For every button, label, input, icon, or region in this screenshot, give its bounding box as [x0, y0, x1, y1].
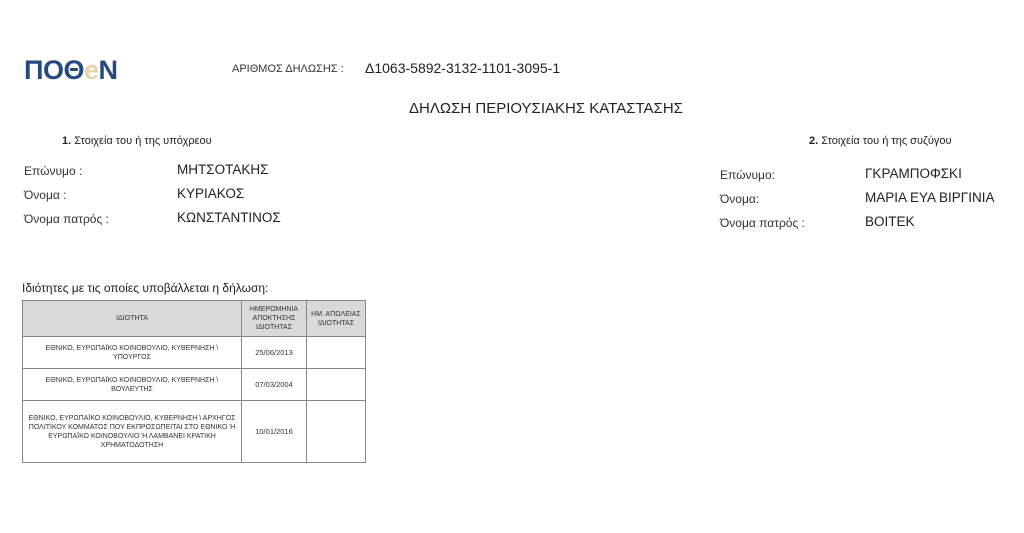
- spouse-father-value: ΒΟΙΤΕΚ: [865, 214, 915, 229]
- header-property: ΙΔΙΟΤΗΤΑ: [23, 301, 242, 337]
- obligor-surname-label: Επώνυμο :: [24, 164, 82, 178]
- table-row: ΕΘΝΙΚΟ, ΕΥΡΩΠΑΪΚΟ ΚΟΙΝΟΒΟΥΛΙΟ, ΚΥΒΕΡΝΗΣΗ…: [23, 401, 366, 463]
- section-title-text: Στοιχεία του ή της συζύγου: [821, 135, 951, 147]
- cell-property: ΕΘΝΙΚΟ, ΕΥΡΩΠΑΪΚΟ ΚΟΙΝΟΒΟΥΛΙΟ, ΚΥΒΕΡΝΗΣΗ…: [23, 369, 242, 401]
- properties-table: ΙΔΙΟΤΗΤΑ ΗΜΕΡΟΜΗΝΙΑ ΑΠΟΚΤΗΣΗΣ ΙΔΙΟΤΗΤΑΣ …: [22, 300, 366, 463]
- section-number: 1.: [62, 135, 71, 147]
- spouse-father-label: Όνομα πατρός :: [720, 216, 805, 230]
- cell-lost: [307, 337, 366, 369]
- declaration-number-label: ΑΡΙΘΜΟΣ ΔΗΛΩΣΗΣ :: [232, 63, 344, 75]
- obligor-name-label: Όνομα :: [24, 188, 67, 202]
- spouse-name-value: ΜΑΡΙΑ ΕΥΑ ΒΙΡΓΙΝΙΑ: [865, 190, 994, 205]
- spouse-name-label: Όνομα:: [720, 192, 759, 206]
- obligor-surname-value: ΜΗΤΣΟΤΑΚΗΣ: [177, 162, 268, 177]
- declaration-number: Δ1063-5892-3132-1101-3095-1: [365, 60, 560, 76]
- cell-lost: [307, 369, 366, 401]
- cell-lost: [307, 401, 366, 463]
- obligor-father-label: Όνομα πατρός :: [24, 212, 109, 226]
- document-title: ΔΗΛΩΣΗ ΠΕΡΙΟΥΣΙΑΚΗΣ ΚΑΤΑΣΤΑΣΗΣ: [409, 100, 683, 117]
- table-row: ΕΘΝΙΚΟ, ΕΥΡΩΠΑΪΚΟ ΚΟΙΝΟΒΟΥΛΙΟ, ΚΥΒΕΡΝΗΣΗ…: [23, 337, 366, 369]
- properties-title: Ιδιότητες με τις οποίες υποβάλλεται η δή…: [22, 281, 268, 295]
- header-lost-date: ΗΜ. ΑΠΩΛΕΙΑΣ ΙΔΙΟΤΗΤΑΣ: [307, 301, 366, 337]
- pothen-logo: ΠΟΘeΝ: [24, 55, 118, 85]
- table-row: ΕΘΝΙΚΟ, ΕΥΡΩΠΑΪΚΟ ΚΟΙΝΟΒΟΥΛΙΟ, ΚΥΒΕΡΝΗΣΗ…: [23, 369, 366, 401]
- table-header-row: ΙΔΙΟΤΗΤΑ ΗΜΕΡΟΜΗΝΙΑ ΑΠΟΚΤΗΣΗΣ ΙΔΙΟΤΗΤΑΣ …: [23, 301, 366, 337]
- logo-text-accent: e: [84, 55, 99, 85]
- obligor-name-value: ΚΥΡΙΑΚΟΣ: [177, 186, 244, 201]
- header-acquired-date: ΗΜΕΡΟΜΗΝΙΑ ΑΠΟΚΤΗΣΗΣ ΙΔΙΟΤΗΤΑΣ: [242, 301, 307, 337]
- obligor-father-value: ΚΩΝΣΤΑΝΤΙΝΟΣ: [177, 210, 281, 225]
- logo-text-main: ΠΟΘ: [24, 55, 84, 85]
- cell-acquired: 25/06/2013: [242, 337, 307, 369]
- cell-acquired: 07/03/2004: [242, 369, 307, 401]
- cell-acquired: 10/01/2016: [242, 401, 307, 463]
- section-number: 2.: [809, 135, 818, 147]
- section-title-text: Στοιχεία του ή της υπόχρεου: [74, 135, 211, 147]
- spouse-surname-label: Επώνυμο:: [720, 168, 775, 182]
- spouse-section-title: 2. Στοιχεία του ή της συζύγου: [809, 135, 952, 147]
- logo-text-end: Ν: [99, 55, 118, 85]
- cell-property: ΕΘΝΙΚΟ, ΕΥΡΩΠΑΪΚΟ ΚΟΙΝΟΒΟΥΛΙΟ, ΚΥΒΕΡΝΗΣΗ…: [23, 337, 242, 369]
- cell-property: ΕΘΝΙΚΟ, ΕΥΡΩΠΑΪΚΟ ΚΟΙΝΟΒΟΥΛΙΟ, ΚΥΒΕΡΝΗΣΗ…: [23, 401, 242, 463]
- spouse-surname-value: ΓΚΡΑΜΠΟΦΣΚΙ: [865, 166, 962, 181]
- obligor-section-title: 1. Στοιχεία του ή της υπόχρεου: [62, 135, 212, 147]
